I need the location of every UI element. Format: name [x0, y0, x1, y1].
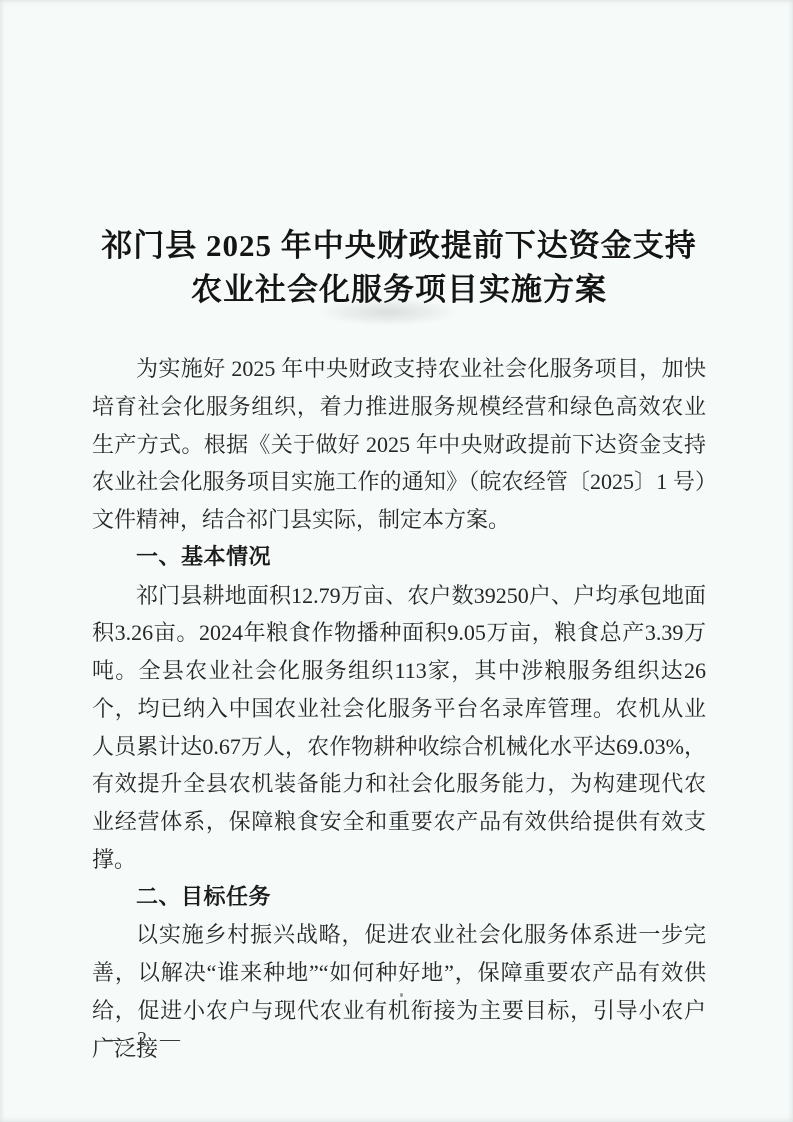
scanned-document-page: 祁门县 2025 年中央财政提前下达资金支持 农业社会化服务项目实施方案 为实施… — [0, 0, 793, 1122]
document-title-line-2: 农业社会化服务项目实施方案 — [191, 272, 607, 307]
basic-situation-paragraph: 祁门县耕地面积12.79万亩、农户数39250户、户均承包地面积3.26亩。20… — [92, 577, 706, 879]
document-title: 祁门县 2025 年中央财政提前下达资金支持 农业社会化服务项目实施方案 — [92, 224, 706, 312]
page-number: — 2 — — [104, 1028, 184, 1051]
section-heading-goals-tasks: 二、目标任务 — [92, 879, 706, 917]
document-text-column: 祁门县 2025 年中央财政提前下达资金支持 农业社会化服务项目实施方案 为实施… — [92, 0, 706, 1067]
section-heading-basic-situation: 一、基本情况 — [92, 539, 706, 577]
document-title-line-1: 祁门县 2025 年中央财政提前下达资金支持 — [101, 228, 697, 263]
document-body: 为实施好 2025 年中央财政支持农业社会化服务项目，加快培育社会化服务组织，着… — [92, 350, 706, 1067]
goals-tasks-paragraph: 以实施乡村振兴战略，促进农业社会化服务体系进一步完善，以解决“谁来种地”“如何种… — [92, 916, 706, 1067]
intro-paragraph: 为实施好 2025 年中央财政支持农业社会化服务项目，加快培育社会化服务组织，着… — [92, 350, 706, 539]
